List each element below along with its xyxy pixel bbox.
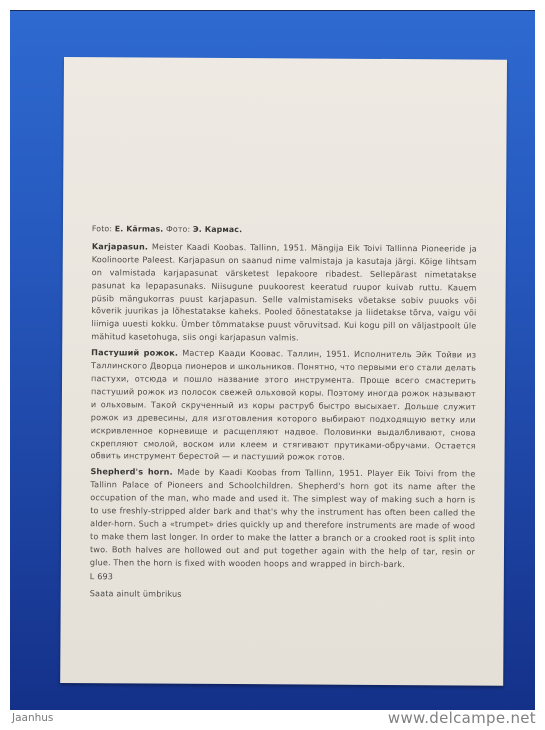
- paragraph-title: Shepherd's horn.: [90, 466, 172, 477]
- site-watermark: www.delcampe.net: [388, 709, 536, 727]
- photo-credit: Foto: E. Kärmas. Фото: Э. Кармас.: [92, 223, 477, 238]
- paragraph-body: Мастер Каади Коовас. Таллин, 1951. Испол…: [91, 348, 477, 462]
- paragraph-title: Karjapasun.: [92, 241, 148, 251]
- paragraph-estonian: Karjapasun. Meister Kaadi Koobas. Tallin…: [91, 240, 477, 346]
- postcard-back: Foto: E. Kärmas. Фото: Э. Кармас. Karjap…: [60, 57, 507, 686]
- paragraph-russian: Пастуший рожок. Мастер Каади Коовас. Тал…: [91, 346, 477, 465]
- paragraph-body: Made by Kaadi Koobas from Tallinn, 1951.…: [90, 467, 476, 569]
- credit-label-ru: Фото:: [166, 225, 190, 234]
- catalog-code: L 693: [90, 570, 475, 585]
- credit-name-et: E. Kärmas.: [115, 224, 164, 233]
- blue-background: Foto: E. Kärmas. Фото: Э. Кармас. Karjap…: [10, 10, 535, 710]
- seller-watermark: Jaanhus: [12, 712, 53, 724]
- mailing-note: Saata ainult ümbrikus: [90, 588, 475, 603]
- paragraph-english: Shepherd's horn. Made by Kaadi Koobas fr…: [90, 465, 476, 571]
- paragraph-body: Meister Kaadi Koobas. Tallinn, 1951. Män…: [91, 241, 477, 342]
- credit-name-ru: Э. Кармас.: [193, 225, 242, 234]
- paragraph-title: Пастуший рожок.: [91, 347, 178, 358]
- credit-label-et: Foto:: [92, 224, 112, 233]
- card-text-block: Foto: E. Kärmas. Фото: Э. Кармас. Karjap…: [90, 223, 477, 603]
